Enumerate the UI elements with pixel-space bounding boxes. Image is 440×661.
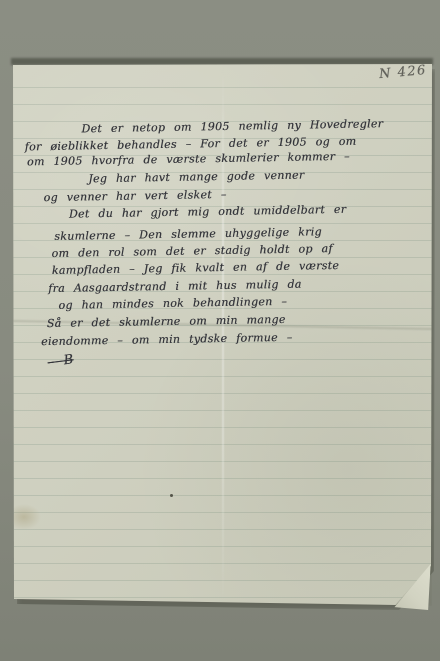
handwritten-line: og venner har vert elsket –: [43, 188, 226, 204]
handwritten-line: Jeg har havt mange gode venner: [88, 169, 304, 186]
handwriting-layer: Det er netop om 1905 nemlig ny Hovedregl…: [8, 60, 436, 608]
handwritten-line: Det du har gjort mig ondt umiddelbart er: [69, 203, 347, 221]
scanned-letter-photo: { "scan": { "archive_number": "N 426", "…: [0, 0, 440, 661]
handwritten-line: kampfladen – Jeg fik kvalt en af de værs…: [52, 259, 339, 277]
paper-top-shadow-band: [11, 58, 433, 65]
handwritten-line: skumlerne – Den slemme uhyggelige krig: [54, 225, 322, 243]
handwritten-line: om den rol som det er stadig holdt op af: [51, 242, 332, 260]
letter-paper: N 426 Det er netop om 1905 nemlig ny Hov…: [13, 64, 432, 605]
handwritten-line: og han mindes nok behandlingen –: [58, 295, 287, 312]
handwritten-line: fra Aasgaardstrand i mit hus mulig da: [48, 278, 302, 295]
handwritten-line: eiendomme – om min tydske formue –: [41, 331, 293, 348]
handwritten-line: Så er det skumlerne om min mange: [47, 313, 286, 330]
handwritten-line: om 1905 hvorfra de værste skumlerier kom…: [27, 150, 350, 169]
handwritten-line: Det er netop om 1905 nemlig ny Hovedregl…: [81, 117, 383, 135]
handwritten-line-scratched: – B: [47, 352, 75, 370]
